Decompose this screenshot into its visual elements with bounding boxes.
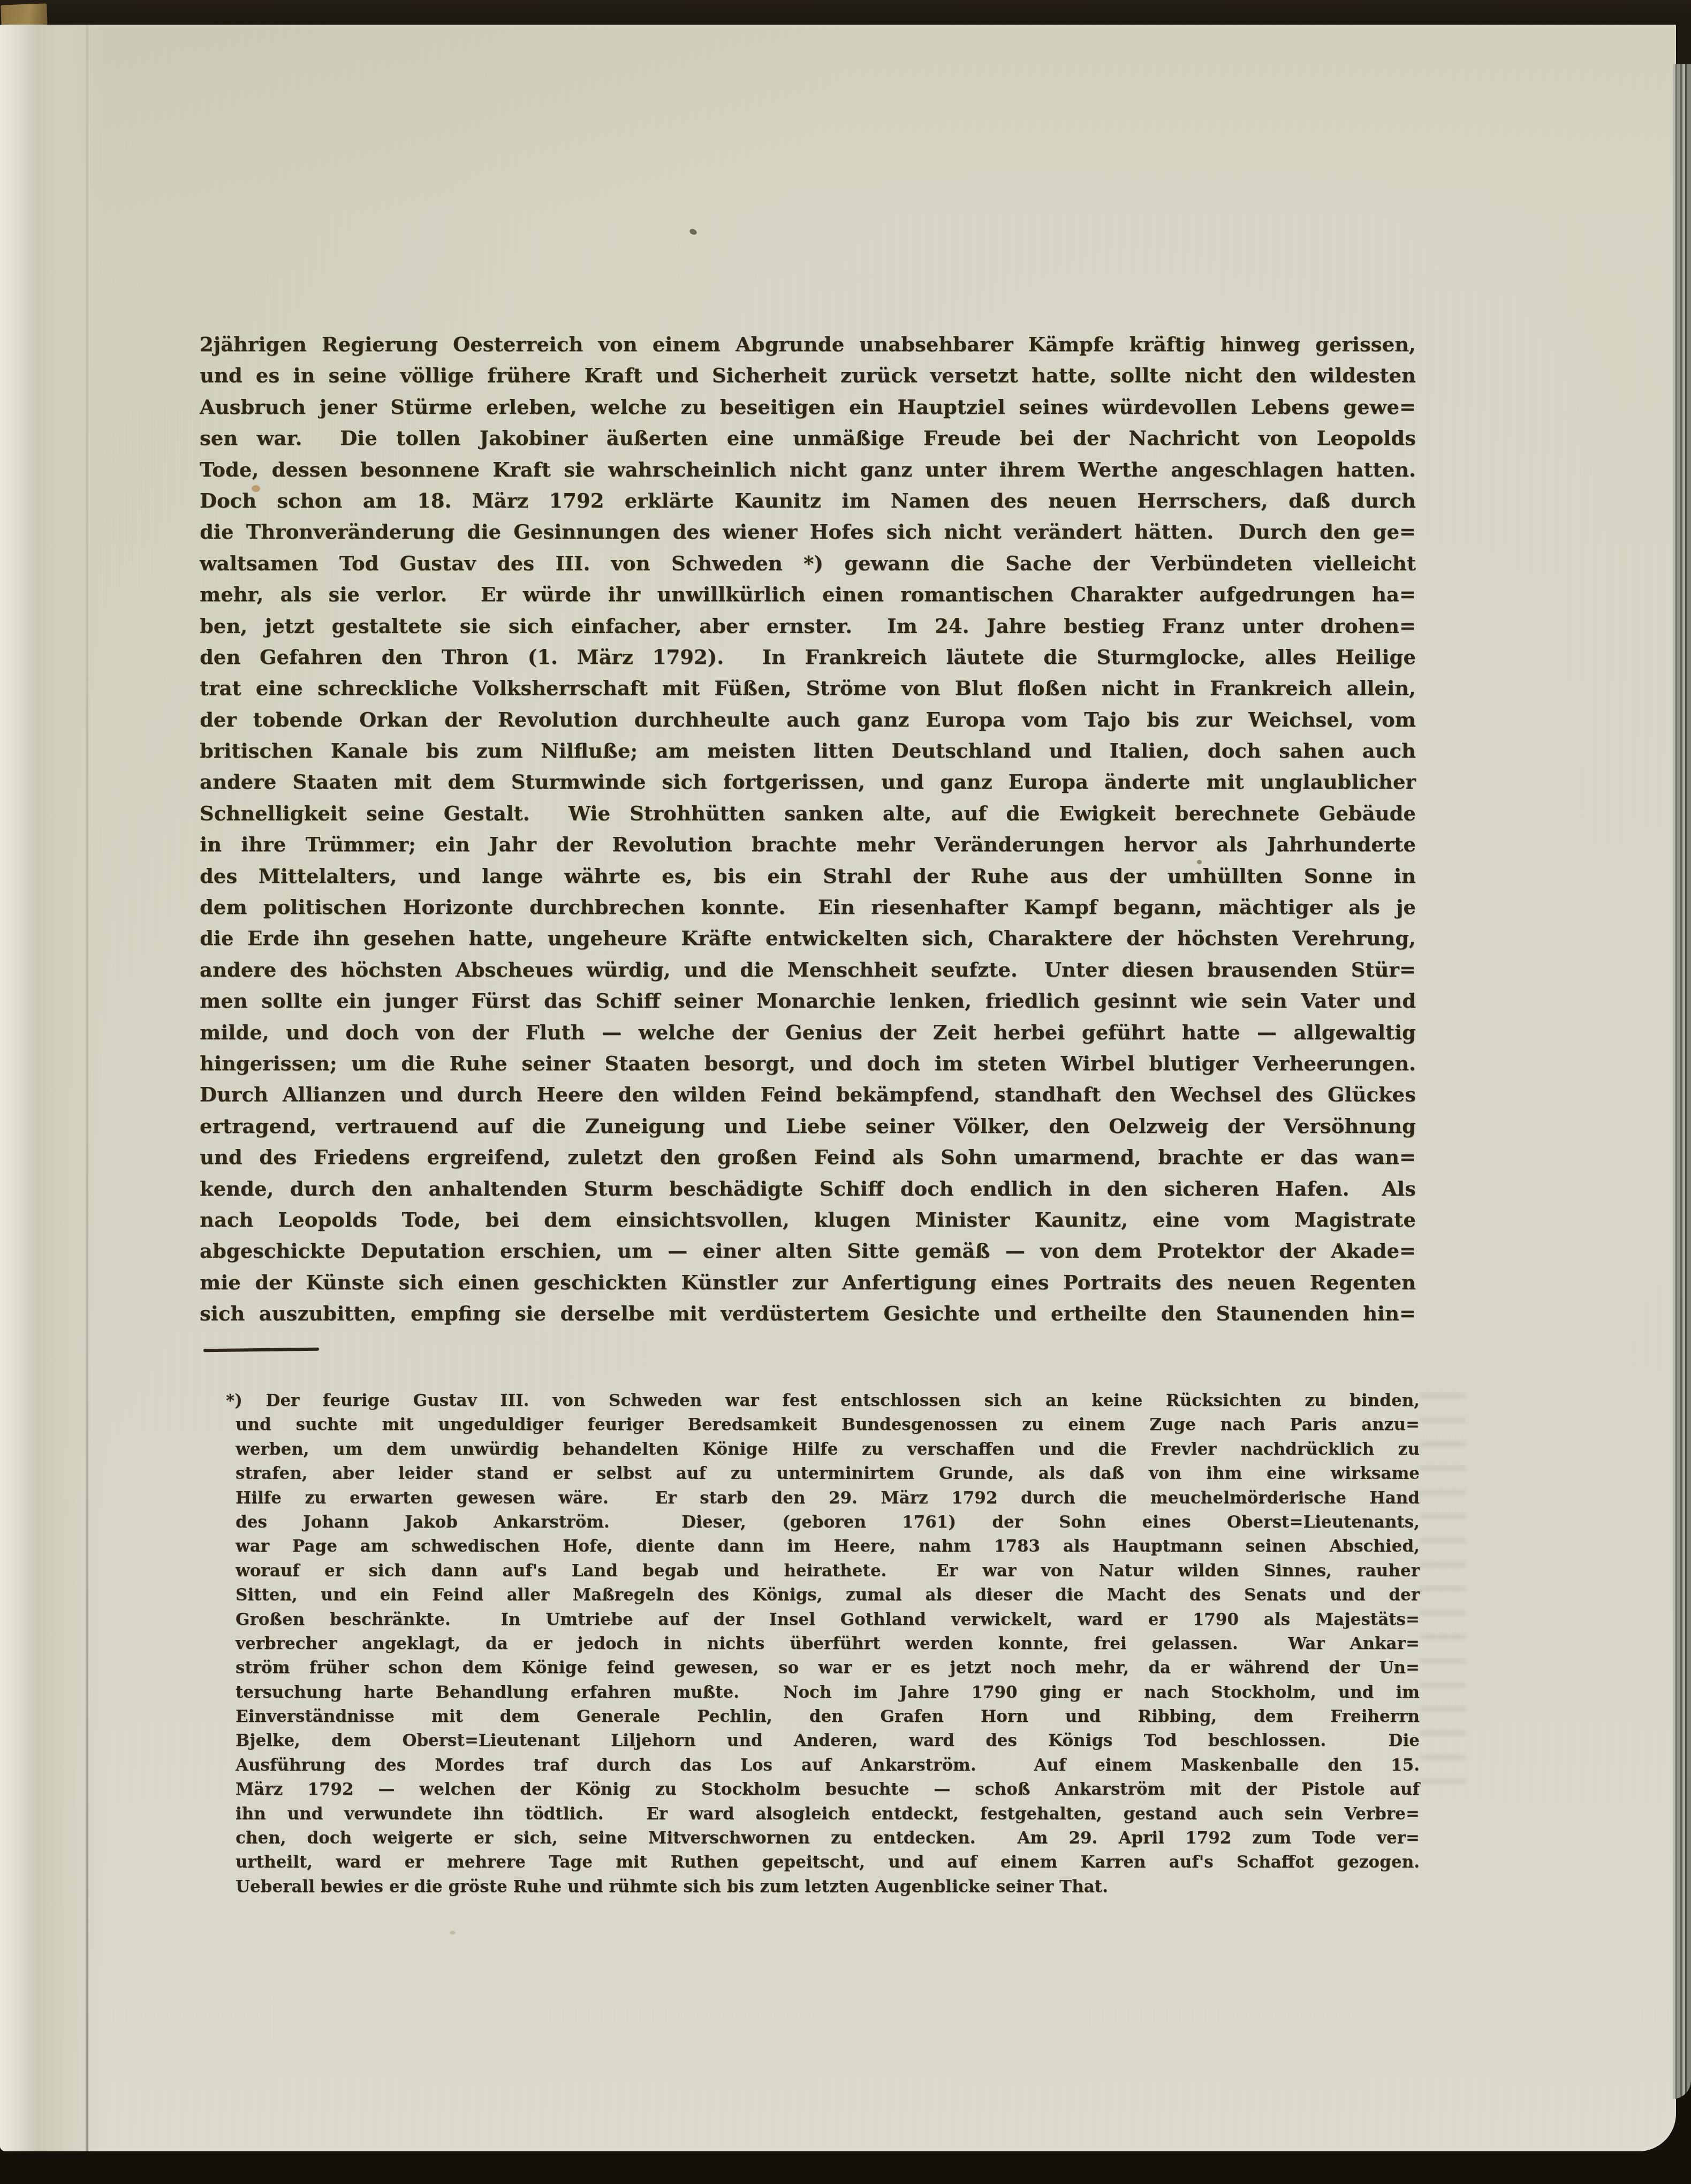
text-line: des Johann Jakob Ankarström. Dieser, (ge… [236,1510,1420,1535]
text-line: worauf er sich dann auf's Land begab und… [236,1559,1420,1583]
text-line: die Thronveränderung die Gesinnungen des… [200,516,1416,547]
text-line: war Page am schwedischen Hofe, diente da… [236,1535,1420,1559]
text-line: werben, um dem unwürdig behandelten Köni… [236,1438,1420,1462]
paper-speck [450,1931,456,1934]
text-line: ihn und verwundete ihn tödtlich. Er ward… [236,1802,1420,1826]
ink-bleedthrough [1420,1393,1466,1784]
text-line: *) Der feurige Gustav III. von Schweden … [236,1389,1420,1413]
text-line: verbrecher angeklagt, da er jedoch in ni… [236,1632,1420,1656]
text-line: ertragend, vertrauend auf die Zuneigung … [200,1110,1416,1142]
text-line: kende, durch den anhaltenden Sturm besch… [200,1173,1416,1204]
text-line: Bjelke, dem Oberst=Lieutenant Liljehorn … [236,1729,1420,1753]
text-line: Großen beschränkte. In Umtriebe auf der … [236,1608,1420,1632]
text-line: sich auszubitten, empfing sie derselbe m… [200,1298,1416,1329]
text-line: tersuchung harte Behandlung erfahren muß… [236,1681,1420,1705]
text-line: März 1792 — welchen der König zu Stockho… [236,1778,1420,1802]
footnote-separator-rule [203,1348,319,1352]
text-line: der tobende Orkan der Revolution durchhe… [200,704,1416,735]
text-line: Schnelligkeit seine Gestalt. Wie Strohhü… [200,798,1416,829]
text-line: Sitten, und ein Feind aller Maßregeln de… [236,1583,1420,1607]
text-line: mehr, als sie verlor. Er würde ihr unwil… [200,579,1416,610]
text-line: Durch Allianzen und durch Heere den wild… [200,1079,1416,1110]
text-line: und suchte mit ungeduldiger feuriger Ber… [236,1413,1420,1437]
page-stack-edge [1673,64,1691,2099]
text-line: des Mittelalters, und lange währte es, b… [200,860,1416,891]
text-line: 2jährigen Regierung Oesterreich von eine… [200,329,1416,360]
text-line: Ausführung des Mordes traf durch das Los… [236,1754,1420,1778]
text-line: abgeschickte Deputation erschien, um — e… [200,1235,1416,1266]
text-line: urtheilt, ward er mehrere Tage mit Ruthe… [236,1850,1420,1875]
text-line: britischen Kanale bis zum Nilfluße; am m… [200,735,1416,766]
gutter-shadow [0,25,107,2151]
text-line: dem politischen Horizonte durchbrechen k… [200,891,1416,923]
text-line: hingerissen; um die Ruhe seiner Staaten … [200,1048,1416,1079]
text-line: men sollte ein junger Fürst das Schiff s… [200,985,1416,1016]
text-line: den Gefahren den Thron (1. März 1792). I… [200,641,1416,672]
text-line: und des Friedens ergreifend, zuletzt den… [200,1142,1416,1173]
text-line: trat eine schreckliche Volksherrschaft m… [200,672,1416,704]
text-line: milde, und doch von der Fluth — welche d… [200,1017,1416,1048]
text-line: Hilfe zu erwarten gewesen wäre. Er starb… [236,1486,1420,1510]
text-line: und es in seine völlige frühere Kraft un… [200,360,1416,391]
footnote-block: *) Der feurige Gustav III. von Schweden … [236,1389,1420,1899]
text-line: andere Staaten mit dem Sturmwinde sich f… [200,766,1416,797]
book-page: 2jährigen Regierung Oesterreich von eine… [0,25,1676,2151]
text-line: sen war. Die tollen Jakobiner äußerten e… [200,422,1416,454]
text-line: Einverständnisse mit dem Generale Pechli… [236,1705,1420,1729]
text-line: nach Leopolds Tode, bei dem einsichtsvol… [200,1204,1416,1235]
text-line: in ihre Trümmer; ein Jahr der Revolution… [200,829,1416,860]
text-line: Ueberall bewies er die gröste Ruhe und r… [236,1875,1420,1899]
text-line: ben, jetzt gestaltete sie sich einfacher… [200,610,1416,641]
text-line: die Erde ihn gesehen hatte, ungeheure Kr… [200,923,1416,954]
gutter-crease-line [86,25,88,2151]
text-line: ström früher schon dem Könige feind gewe… [236,1656,1420,1680]
main-text-block: 2jährigen Regierung Oesterreich von eine… [200,329,1416,1329]
text-line: andere des höchsten Abscheues würdig, un… [200,954,1416,985]
text-line: Ausbruch jener Stürme erleben, welche zu… [200,391,1416,422]
text-line: chen, doch weigerte er sich, seine Mitve… [236,1826,1420,1850]
paper-speck [689,228,698,236]
text-line: mie der Künste sich einen geschickten Kü… [200,1267,1416,1298]
text-line: waltsamen Tod Gustav des III. von Schwed… [200,548,1416,579]
text-line: Doch schon am 18. März 1792 erklärte Kau… [200,485,1416,516]
binding-fragment [1,4,47,27]
scan-background: 2jährigen Regierung Oesterreich von eine… [0,0,1691,2184]
text-line: strafen, aber leider stand er selbst auf… [236,1462,1420,1486]
text-line: Tode, dessen besonnene Kraft sie wahrsch… [200,454,1416,485]
